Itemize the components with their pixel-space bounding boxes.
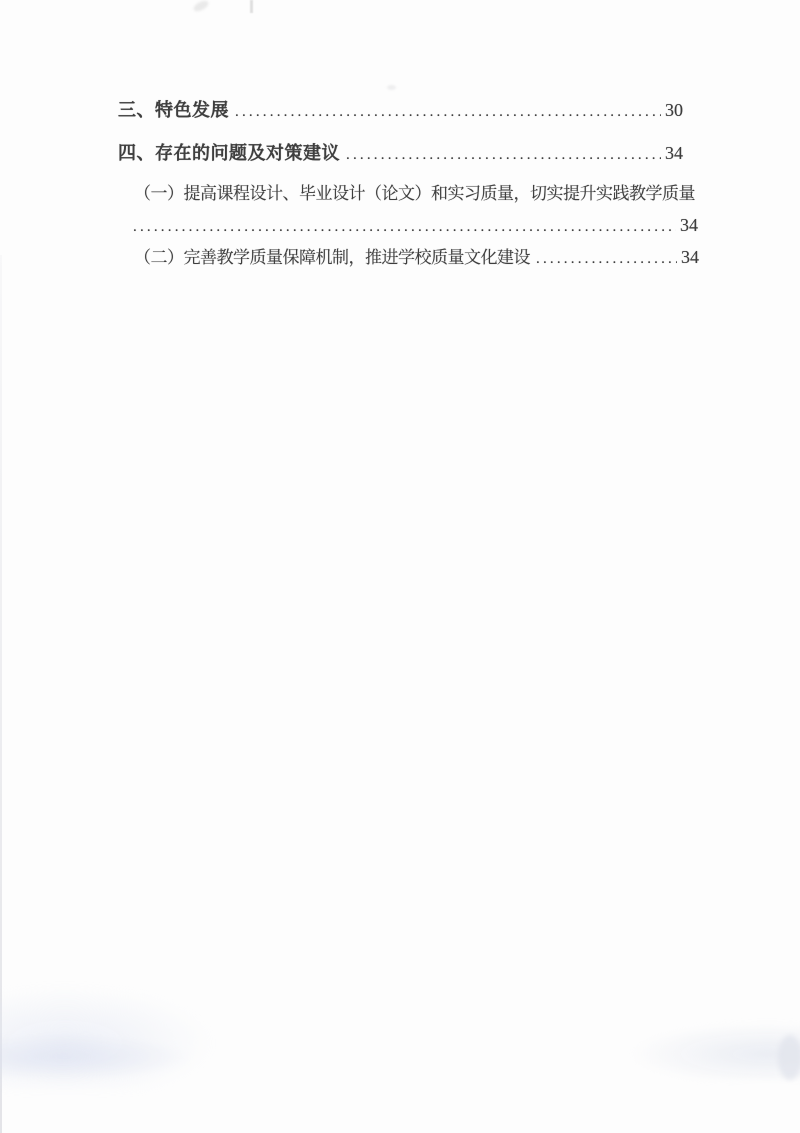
toc-page-number: 30 (665, 97, 683, 123)
toc-leader-dots: ........................................… (536, 246, 677, 272)
toc-entry-section-4-1-leader-line: ........................................… (118, 212, 698, 240)
toc-entry-section-3: 三、特色发展 .................................… (118, 97, 683, 125)
toc-entry-label: 四、存在的问题及对策建议 (118, 140, 340, 166)
scan-smudge-bottom-left (0, 985, 215, 1090)
toc-entry-label: （一）提高课程设计、毕业设计（论文）和实习质量，切实提升实践教学质量 (134, 181, 695, 207)
scan-smudge-bottom-right-corner (778, 1035, 800, 1080)
toc-leader-dots: ........................................… (133, 214, 676, 240)
toc-page-number: 34 (680, 212, 698, 238)
toc-entry-section-4: 四、存在的问题及对策建议 ...........................… (118, 140, 683, 168)
scan-edge-line-left (0, 255, 2, 1133)
toc-entry-label: 三、特色发展 (118, 97, 229, 123)
scan-smudge-top-left (192, 0, 210, 13)
toc-leader-dots: ........................................… (346, 142, 661, 168)
toc-entry-label: （二）完善教学质量保障机制，推进学校质量文化建设 (134, 245, 530, 271)
scan-tick-top (250, 0, 253, 13)
scan-smudge-bottom-right (628, 1022, 800, 1080)
toc-leader-dots: ........................................… (235, 99, 661, 125)
toc-entry-section-4-1-text: （一）提高课程设计、毕业设计（论文）和实习质量，切实提升实践教学质量 (118, 181, 699, 207)
scan-speck (387, 85, 396, 90)
toc-entry-section-4-2: （二）完善教学质量保障机制，推进学校质量文化建设 ...............… (118, 244, 699, 272)
scan-smudge-bottom-left-band (0, 1035, 190, 1080)
toc-page-number: 34 (665, 140, 683, 166)
document-page: 三、特色发展 .................................… (0, 0, 800, 1133)
toc-page-number: 34 (681, 244, 699, 270)
